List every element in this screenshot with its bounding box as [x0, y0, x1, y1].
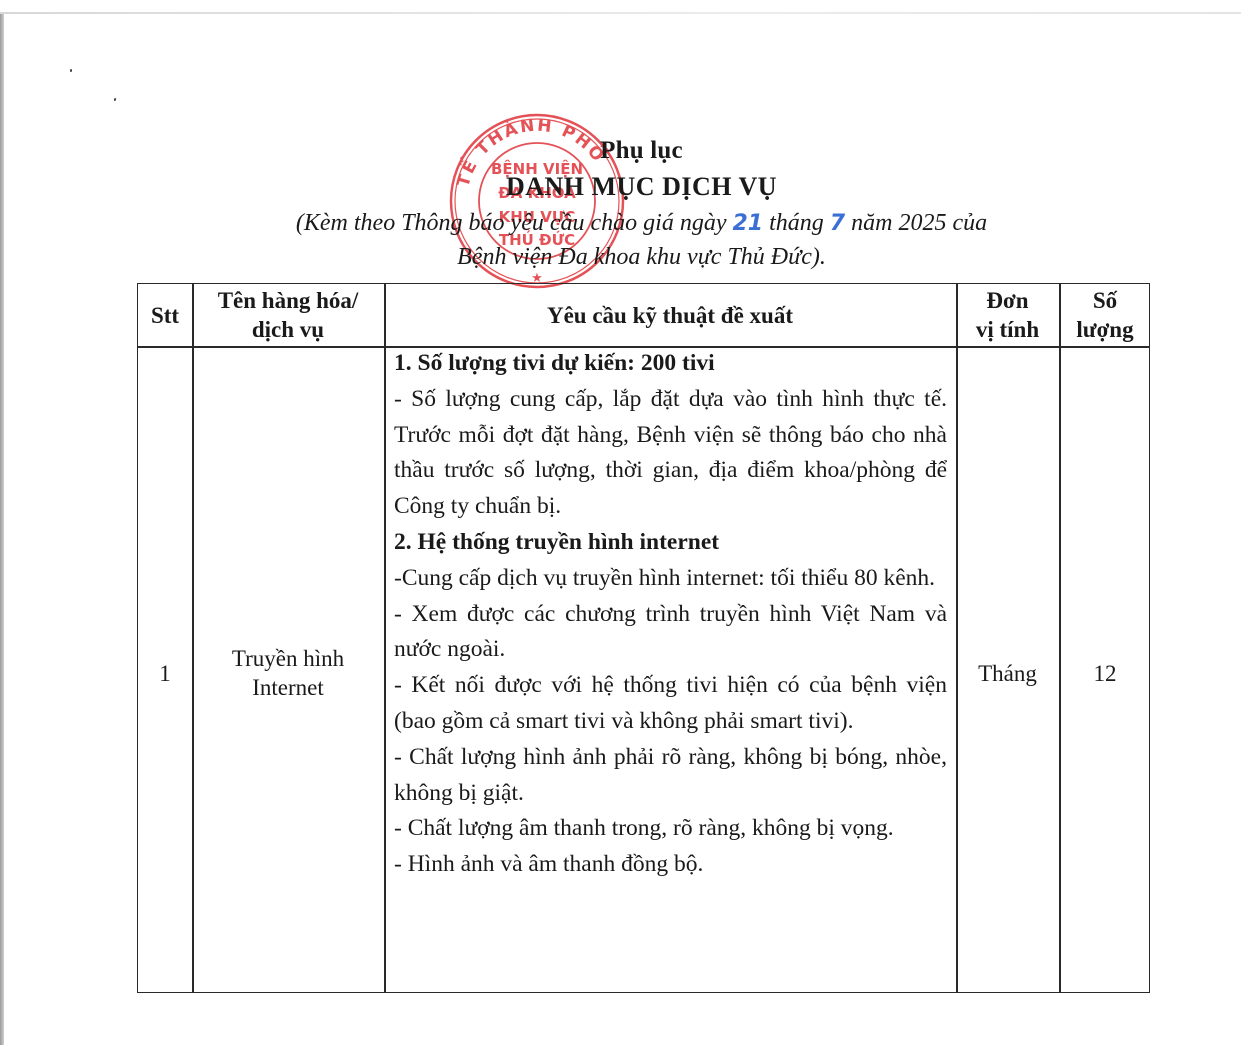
subtitle-suffix: năm 2025 của — [845, 210, 987, 236]
header-requirements: Yêu cầu kỹ thuật đề xuất — [384, 284, 956, 346]
subtitle-prefix: (Kèm theo Thông báo yêu cầu chào giá ngà… — [296, 210, 733, 236]
handwritten-day: 21 — [733, 211, 764, 236]
scan-edge-top — [0, 12, 1241, 14]
header-name-line2: dịch vụ — [218, 315, 359, 344]
scan-speck — [114, 98, 117, 102]
header-name: Tên hàng hóa/ dịch vụ — [192, 284, 384, 346]
unit-value: Tháng — [978, 659, 1037, 688]
header-stt-label: Stt — [151, 301, 179, 330]
header-unit-line2: vị tính — [976, 315, 1039, 344]
scan-edge-left — [0, 14, 4, 1045]
requirement-item: - Chất lượng hình ảnh phải rõ ràng, khôn… — [394, 740, 947, 812]
requirement-heading: 1. Số lượng tivi dự kiến: 200 tivi — [394, 346, 947, 382]
subtitle-line-2: Bệnh viện Đa khoa khu vực Thủ Đức). — [0, 244, 1241, 271]
requirement-heading: 2. Hệ thống truyền hình internet — [394, 525, 947, 561]
row-number: 1 — [159, 659, 171, 688]
cell-name: Truyền hình Internet — [192, 348, 384, 992]
service-table: Stt Tên hàng hóa/ dịch vụ Yêu cầu kỹ thu… — [137, 283, 1150, 993]
header-stt: Stt — [138, 284, 192, 346]
header-requirements-label: Yêu cầu kỹ thuật đề xuất — [547, 301, 793, 330]
header-name-line1: Tên hàng hóa/ — [218, 286, 359, 315]
subtitle-line-1: (Kèm theo Thông báo yêu cầu chào giá ngà… — [0, 210, 1241, 237]
requirement-item: - Hình ảnh và âm thanh đồng bộ. — [394, 847, 947, 883]
service-name-line2: Internet — [232, 673, 344, 702]
header-qty: Số lượng — [1059, 284, 1151, 346]
appendix-title: Phụ lục — [0, 137, 1241, 165]
handwritten-month: 7 — [830, 211, 845, 236]
header-qty-line1: Số — [1076, 286, 1133, 315]
requirement-item: - Kết nối được với hệ thống tivi hiện có… — [394, 668, 947, 740]
header-unit-line1: Đơn — [976, 286, 1039, 315]
requirement-item: - Số lượng cung cấp, lắp đặt dựa vào tìn… — [394, 382, 947, 525]
service-list-title: DANH MỤC DỊCH VỤ — [0, 172, 1241, 202]
header-qty-line2: lượng — [1076, 315, 1133, 344]
column-divider — [384, 284, 386, 992]
header-unit: Đơn vị tính — [956, 284, 1059, 346]
requirement-item: -Cung cấp dịch vụ truyền hình internet: … — [394, 561, 947, 597]
cell-unit: Tháng — [956, 348, 1059, 992]
cell-requirements: 1. Số lượng tivi dự kiến: 200 tivi- Số l… — [394, 346, 947, 883]
cell-stt: 1 — [138, 348, 192, 992]
service-name-line1: Truyền hình — [232, 644, 344, 673]
quantity-value: 12 — [1094, 659, 1117, 688]
requirement-item: - Xem được các chương trình truyền hình … — [394, 597, 947, 669]
requirement-item: - Chất lượng âm thanh trong, rõ ràng, kh… — [394, 811, 947, 847]
cell-qty: 12 — [1059, 348, 1151, 992]
scan-speck — [70, 69, 72, 72]
subtitle-middle: tháng — [763, 210, 830, 236]
